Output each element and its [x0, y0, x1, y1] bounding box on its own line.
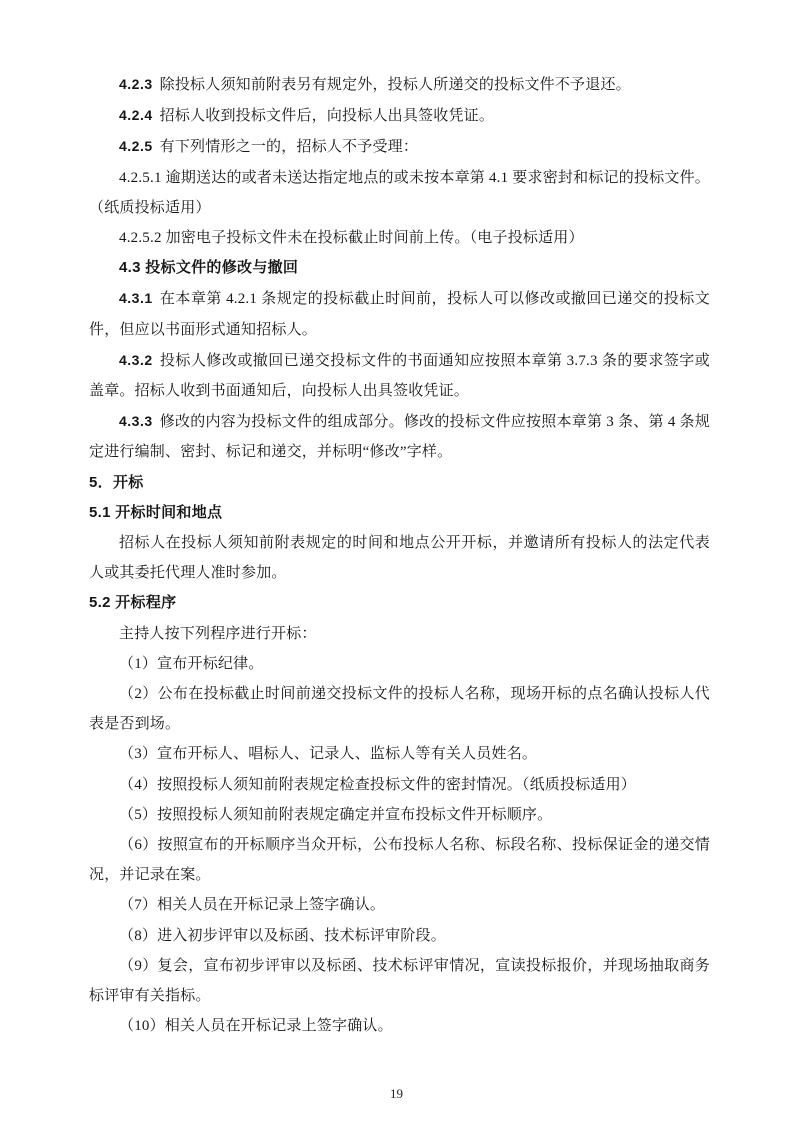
clause-number: 4.2.5 [119, 138, 153, 154]
clause-number: 4.2.3 [119, 76, 153, 92]
list-item-7: （7）相关人员在开标记录上签字确认。 [89, 890, 710, 920]
clause-number: 4.3.3 [119, 413, 153, 429]
clause-text: 除投标人须知前附表另有规定外，投标人所递交的投标文件不予退还。 [160, 77, 631, 93]
clause-text: 投标人修改或撤回已递交投标文件的书面通知应按照本章第 3.7.3 条的要求签字或… [89, 353, 710, 399]
section-heading-5-1: 5.1 开标时间和地点 [89, 498, 710, 528]
clause-number: 4.3.1 [119, 290, 153, 306]
chapter-heading-5: 5．开标 [89, 468, 710, 498]
list-item-2: （2）公布在投标截止时间前递交投标文件的投标人名称，现场开标的点名确认投标人代表… [89, 679, 710, 739]
clause-4-2-4: 4.2.4招标人收到投标文件后，向投标人出具签收凭证。 [89, 100, 710, 131]
list-item-3: （3）宣布开标人、唱标人、记录人、监标人等有关人员姓名。 [89, 739, 710, 769]
clause-text: 招标人收到投标文件后，向投标人出具签收凭证。 [160, 108, 494, 124]
list-item-5: （5）按照投标人须知前附表规定确定并宣布投标文件开标顺序。 [89, 800, 710, 830]
page-number: 19 [0, 1086, 793, 1102]
document-content: 4.2.3除投标人须知前附表另有规定外，投标人所递交的投标文件不予退还。 4.2… [89, 69, 710, 1042]
section-heading-4-3: 4.3 投标文件的修改与撤回 [89, 253, 710, 283]
list-item-6: （6）按照宣布的开标顺序当众开标，公布投标人名称、标段名称、投标保证金的递交情况… [89, 830, 710, 890]
list-item-1: （1）宣布开标纪律。 [89, 649, 710, 679]
paragraph-procedure-intro: 主持人按下列程序进行开标： [89, 619, 710, 649]
clause-4-3-3: 4.3.3修改的内容为投标文件的组成部分。修改的投标文件应按照本章第 3 条、第… [89, 406, 710, 467]
subclause-4-2-5-1: 4.2.5.1 逾期送达的或者未送达指定地点的或未按本章第 4.1 要求密封和标… [89, 163, 710, 223]
clause-number: 4.2.4 [119, 107, 153, 123]
subclause-4-2-5-2: 4.2.5.2 加密电子投标文件未在投标截止时间前上传。（电子投标适用） [89, 223, 710, 253]
clause-4-2-3: 4.2.3除投标人须知前附表另有规定外，投标人所递交的投标文件不予退还。 [89, 69, 710, 100]
clause-text: 在本章第 4.2.1 条规定的投标截止时间前，投标人可以修改或撤回已递交的投标文… [89, 291, 710, 337]
list-item-8: （8）进入初步评审以及标函、技术标评审阶段。 [89, 921, 710, 951]
list-item-10: （10）相关人员在开标记录上签字确认。 [89, 1011, 710, 1041]
clause-text: 修改的内容为投标文件的组成部分。修改的投标文件应按照本章第 3 条、第 4 条规… [89, 414, 710, 460]
paragraph-opening-time-place: 招标人在投标人须知前附表规定的时间和地点公开开标，并邀请所有投标人的法定代表人或… [89, 528, 710, 588]
clause-4-3-2: 4.3.2投标人修改或撤回已递交投标文件的书面通知应按照本章第 3.7.3 条的… [89, 345, 710, 406]
list-item-9: （9）复会，宣布初步评审以及标函、技术标评审情况，宣读投标报价，并现场抽取商务标… [89, 951, 710, 1011]
clause-text: 有下列情形之一的，招标人不予受理： [160, 139, 418, 155]
section-heading-5-2: 5.2 开标程序 [89, 588, 710, 618]
list-item-4: （4）按照投标人须知前附表规定检查投标文件的密封情况。（纸质投标适用） [89, 770, 710, 800]
clause-number: 4.3.2 [119, 352, 153, 368]
document-page: 4.2.3除投标人须知前附表另有规定外，投标人所递交的投标文件不予退还。 4.2… [0, 0, 793, 1122]
clause-4-3-1: 4.3.1在本章第 4.2.1 条规定的投标截止时间前，投标人可以修改或撤回已递… [89, 283, 710, 344]
clause-4-2-5: 4.2.5有下列情形之一的，招标人不予受理： [89, 131, 710, 162]
